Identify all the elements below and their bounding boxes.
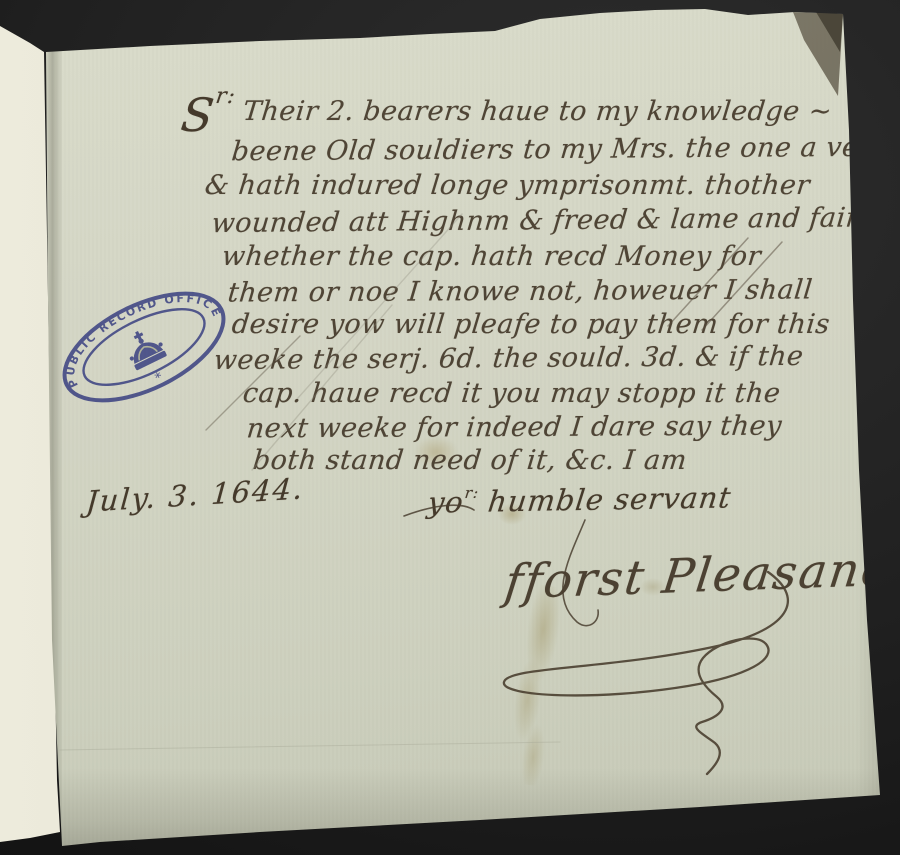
ink-flourish (0, 0, 900, 855)
swash-stroke (404, 505, 474, 516)
showthrough-stroke (252, 305, 392, 470)
ink-slash (668, 238, 748, 326)
ink-slash (702, 242, 782, 330)
signature-flourish (504, 572, 788, 774)
descender-stroke (563, 520, 598, 626)
paper-crease (60, 742, 560, 750)
showthrough-stroke (298, 214, 462, 398)
ink-slash (206, 336, 300, 430)
letter-paper: PUBLIC RECORD OFFICE * Sr: Their 2. bear… (0, 0, 900, 855)
